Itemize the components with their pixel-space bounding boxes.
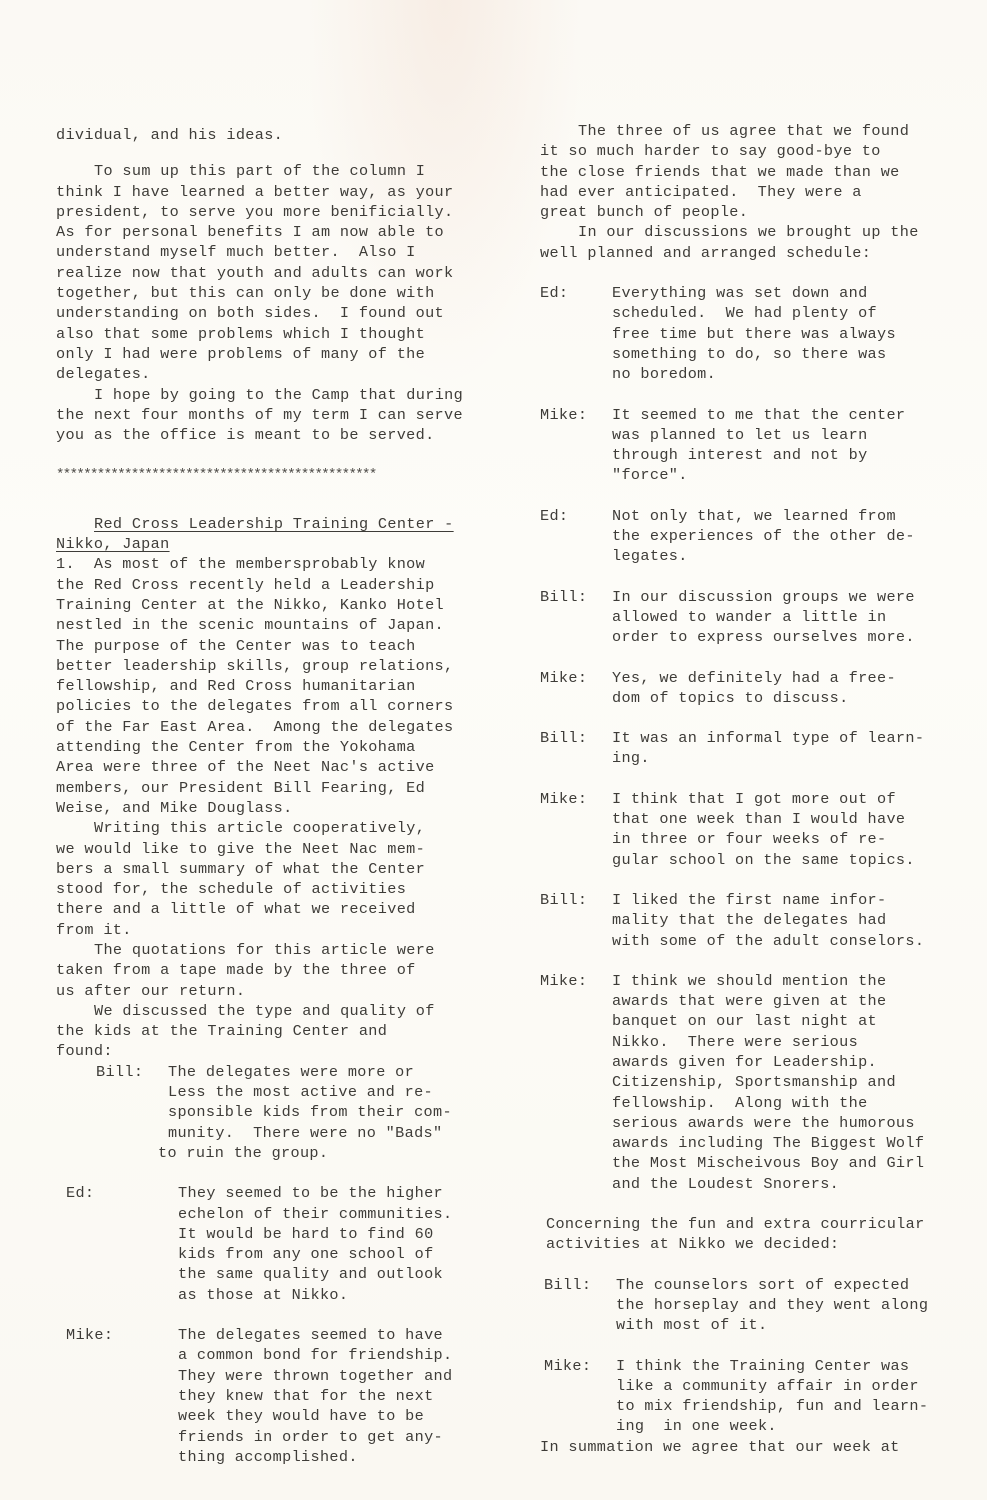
dialogue-entry: Bill:I liked the first name infor-mality… — [540, 890, 960, 951]
text-line: Yes, we definitely had a free- — [612, 668, 960, 688]
text-line: it so much harder to say good-bye to — [540, 141, 960, 161]
article-paragraph-1: 1. As most of the membersprobably knowth… — [56, 554, 496, 818]
text-line: with some of the adult conselors. — [612, 931, 960, 951]
text-line: a common bond for friendship. — [178, 1345, 496, 1365]
text-line: In our discussions we brought up the — [540, 222, 960, 242]
article-title: Red Cross Leadership Training Center - — [56, 514, 496, 534]
text-line: understanding on both sides. I found out — [56, 303, 496, 323]
text-line: to ruin the group. — [158, 1143, 496, 1163]
speaker-label: Ed: — [66, 1183, 178, 1305]
text-line: friends in order to get any- — [178, 1427, 496, 1447]
speaker-label: Bill: — [540, 587, 612, 648]
text-line: Writing this article cooperatively, — [56, 818, 496, 838]
text-line: They seemed to be the higher — [178, 1183, 496, 1203]
text-line: Training Center at the Nikko, Kanko Hote… — [56, 595, 496, 615]
hope-paragraph: I hope by going to the Camp that duringt… — [56, 385, 496, 446]
text-line: Nikko. There were serious — [612, 1032, 960, 1052]
dialogue-entry: Bill:The counselors sort of expectedthe … — [540, 1275, 960, 1336]
text-line: found: — [56, 1041, 496, 1061]
text-line: Concerning the fun and extra courricular — [546, 1214, 960, 1234]
text-line: no boredom. — [612, 364, 960, 384]
text-line: together, but this can only be done with — [56, 283, 496, 303]
speaker-label: Mike: — [540, 971, 612, 1194]
text-line: and the Loudest Snorers. — [612, 1174, 960, 1194]
text-line: Everything was set down and — [612, 283, 960, 303]
text-line: activities at Nikko we decided: — [546, 1234, 960, 1254]
text-line: of the Far East Area. Among the delegate… — [56, 717, 496, 737]
text-line: to mix friendship, fun and learn- — [616, 1396, 960, 1416]
dialogue-entry: Mike:Yes, we definitely had a free-dom o… — [540, 668, 960, 709]
speaker-label: Mike: — [540, 789, 612, 870]
left-column: dividual, and his ideas. To sum up this … — [56, 125, 496, 1467]
text-line: bers a small summary of what the Center — [56, 859, 496, 879]
text-line: you as the office is meant to be served. — [56, 425, 496, 445]
text-line: Citizenship, Sportsmanship and — [612, 1072, 960, 1092]
text-line: As for personal benefits I am now able t… — [56, 222, 496, 242]
text-line: the Most Mischeivous Boy and Girl — [612, 1153, 960, 1173]
closing-fragment: In summation we agree that our week at — [540, 1437, 960, 1457]
article-paragraph-4: We discussed the type and quality ofthe … — [56, 1001, 496, 1062]
text-line: think I have learned a better way, as yo… — [56, 182, 496, 202]
text-line: with most of it. — [616, 1315, 960, 1335]
dialogue-entry: Mike:I think we should mention theawards… — [540, 971, 960, 1194]
text-line: through interest and not by — [612, 445, 960, 465]
text-line: Less the most active and re- — [168, 1082, 496, 1102]
text-line: awards including The Biggest Wolf — [612, 1133, 960, 1153]
text-line: taken from a tape made by the three of — [56, 960, 496, 980]
text-line: banquet on our last night at — [612, 1011, 960, 1031]
speaker-quote: I think we should mention theawards that… — [612, 971, 960, 1194]
article-paragraph-3: The quotations for this article weretake… — [56, 940, 496, 1001]
text-line: The purpose of the Center was to teach — [56, 636, 496, 656]
text-line: It was an informal type of learn- — [612, 728, 960, 748]
fun-intro: Concerning the fun and extra courricular… — [540, 1214, 960, 1255]
text-line: allowed to wander a little in — [612, 607, 960, 627]
text-line: also that some problems which I thought — [56, 324, 496, 344]
text-line: in three or four weeks of re- — [612, 829, 960, 849]
text-line: something to do, so there was — [612, 344, 960, 364]
text-line: nestled in the scenic mountains of Japan… — [56, 615, 496, 635]
text-line: we would like to give the Neet Nac mem- — [56, 839, 496, 859]
text-line: scheduled. We had plenty of — [612, 303, 960, 323]
text-line: The delegates were more or — [168, 1062, 496, 1082]
text-line: policies to the delegates from all corne… — [56, 696, 496, 716]
speaker-label: Ed: — [540, 506, 612, 567]
speaker-quote: The delegates seemed to havea common bon… — [178, 1325, 496, 1467]
dialogue-entry: Bill:It was an informal type of learn-in… — [540, 728, 960, 769]
text-line: To sum up this part of the column I — [56, 161, 496, 181]
text-line: The quotations for this article were — [56, 940, 496, 960]
text-line: the horseplay and they went along — [616, 1295, 960, 1315]
text-line: 1. As most of the membersprobably know — [56, 554, 496, 574]
text-line: they knew that for the next — [178, 1386, 496, 1406]
text-line: It seemed to me that the center — [612, 405, 960, 425]
text-line: us after our return. — [56, 981, 496, 1001]
text-line: well planned and arranged schedule: — [540, 243, 960, 263]
left-dialogue: Bill:The delegates were more orLess the … — [56, 1062, 496, 1467]
speaker-quote: The counselors sort of expectedthe horse… — [616, 1275, 960, 1336]
speaker-label: Bill: — [540, 890, 612, 951]
goodbye-paragraph: The three of us agree that we foundit so… — [540, 121, 960, 222]
dialogue-entry: Mike:I think that I got more out ofthat … — [540, 789, 960, 870]
text-line: president, to serve you more benificiall… — [56, 202, 496, 222]
dialogue-entry: Bill:In our discussion groups we wereall… — [540, 587, 960, 648]
speaker-quote: In our discussion groups we wereallowed … — [612, 587, 960, 648]
text-line: I think that I got more out of — [612, 789, 960, 809]
text-line: better leadership skills, group relation… — [56, 656, 496, 676]
scanned-typewritten-page: dividual, and his ideas. To sum up this … — [0, 0, 987, 1500]
dialogue-entry: Mike:The delegates seemed to havea commo… — [56, 1325, 496, 1467]
text-line: members, our President Bill Fearing, Ed — [56, 778, 496, 798]
text-line: munity. There were no "Bads" — [168, 1123, 496, 1143]
text-line: attending the Center from the Yokohama — [56, 737, 496, 757]
dialogue-entry: Mike:It seemed to me that the centerwas … — [540, 405, 960, 486]
text-line: stood for, the schedule of activities — [56, 879, 496, 899]
speaker-quote: It seemed to me that the centerwas plann… — [612, 405, 960, 486]
speaker-quote: I think that I got more out ofthat one w… — [612, 789, 960, 870]
dialogue-entry: Mike:I think the Training Center waslike… — [540, 1356, 960, 1437]
text-line: had ever anticipated. They were a — [540, 182, 960, 202]
speaker-label: Bill: — [540, 728, 612, 769]
text-line: the kids at the Training Center and — [56, 1021, 496, 1041]
text-line: the Red Cross recently held a Leadership — [56, 575, 496, 595]
text-line: Weise, and Mike Douglass. — [56, 798, 496, 818]
text-line: the same quality and outlook — [178, 1264, 496, 1284]
dialogue-entry: Ed:Not only that, we learned fromthe exp… — [540, 506, 960, 567]
speaker-label: Mike: — [66, 1325, 178, 1467]
text-line: echelon of their communities. — [178, 1204, 496, 1224]
text-line: sponsible kids from their com- — [168, 1102, 496, 1122]
text-line: week they would have to be — [178, 1406, 496, 1426]
text-line: kids from any one school of — [178, 1244, 496, 1264]
speaker-quote: I liked the first name infor-mality that… — [612, 890, 960, 951]
speaker-quote: The delegates were more orLess the most … — [168, 1062, 496, 1163]
text-line: free time but there was always — [612, 324, 960, 344]
text-line: "force". — [612, 465, 960, 485]
speaker-label: Mike: — [540, 405, 612, 486]
article-paragraph-2: Writing this article cooperatively,we wo… — [56, 818, 496, 940]
text-line: I think we should mention the — [612, 971, 960, 991]
text-line: legates. — [612, 546, 960, 566]
text-line: delegates. — [56, 364, 496, 384]
text-line: In our discussion groups we were — [612, 587, 960, 607]
text-line: ing in one week. — [616, 1416, 960, 1436]
speaker-label: Mike: — [544, 1356, 616, 1437]
speaker-label: Mike: — [540, 668, 612, 709]
text-line: dom of topics to discuss. — [612, 688, 960, 708]
speaker-quote: Not only that, we learned fromthe experi… — [612, 506, 960, 567]
text-line: great bunch of people. — [540, 202, 960, 222]
text-line: The counselors sort of expected — [616, 1275, 960, 1295]
text-line: We discussed the type and quality of — [56, 1001, 496, 1021]
text-line: gular school on the same topics. — [612, 850, 960, 870]
text-line: It would be hard to find 60 — [178, 1224, 496, 1244]
schedule-intro: In our discussions we brought up thewell… — [540, 222, 960, 263]
text-line: the experiences of the other de- — [612, 526, 960, 546]
text-line: awards that were given at the — [612, 991, 960, 1011]
text-line: like a community affair in order — [616, 1376, 960, 1396]
article-title-location: Nikko, Japan — [56, 534, 496, 554]
dialogue-entry: Ed:They seemed to be the higherechelon o… — [56, 1183, 496, 1305]
fun-dialogue: Bill:The counselors sort of expectedthe … — [540, 1255, 960, 1437]
speaker-quote: It was an informal type of learn-ing. — [612, 728, 960, 769]
text-line: serious awards were the humorous — [612, 1113, 960, 1133]
text-line: realize now that youth and adults can wo… — [56, 263, 496, 283]
dialogue-entry: Ed:Everything was set down andscheduled.… — [540, 283, 960, 384]
right-column: The three of us agree that we foundit so… — [540, 121, 960, 1457]
schedule-dialogue: Ed:Everything was set down andscheduled.… — [540, 263, 960, 1194]
text-line: order to express ourselves more. — [612, 627, 960, 647]
text-line: that one week than I would have — [612, 809, 960, 829]
text-line: fellowship, and Red Cross humanitarian — [56, 676, 496, 696]
text-line: thing accomplished. — [178, 1447, 496, 1467]
text-line: They were thrown together and — [178, 1366, 496, 1386]
text-line: as those at Nikko. — [178, 1285, 496, 1305]
intro-fragment: dividual, and his ideas. — [56, 125, 496, 145]
text-line: The delegates seemed to have — [178, 1325, 496, 1345]
text-line: I hope by going to the Camp that during — [56, 385, 496, 405]
text-line: Area were three of the Neet Nac's active — [56, 757, 496, 777]
speaker-quote: They seemed to be the higherechelon of t… — [178, 1183, 496, 1305]
text-line: fellowship. Along with the — [612, 1093, 960, 1113]
speaker-label: Bill: — [544, 1275, 616, 1336]
speaker-quote: Yes, we definitely had a free-dom of top… — [612, 668, 960, 709]
text-line: understand myself much better. Also I — [56, 242, 496, 262]
text-line: awards given for Leadership. — [612, 1052, 960, 1072]
summary-paragraph: To sum up this part of the column Ithink… — [56, 161, 496, 384]
text-line: the close friends that we made than we — [540, 162, 960, 182]
text-line: mality that the delegates had — [612, 910, 960, 930]
separator-asterisks: ****************************************… — [56, 465, 496, 485]
text-line: ing. — [612, 748, 960, 768]
text-line: was planned to let us learn — [612, 425, 960, 445]
text-line: The three of us agree that we found — [540, 121, 960, 141]
text-line: I liked the first name infor- — [612, 890, 960, 910]
text-line: there and a little of what we received — [56, 899, 496, 919]
speaker-label: Ed: — [540, 283, 612, 384]
text-line: only I had were problems of many of the — [56, 344, 496, 364]
text-line: from it. — [56, 920, 496, 940]
text-line: the next four months of my term I can se… — [56, 405, 496, 425]
speaker-quote: I think the Training Center waslike a co… — [616, 1356, 960, 1437]
text-line: I think the Training Center was — [616, 1356, 960, 1376]
speaker-quote: Everything was set down andscheduled. We… — [612, 283, 960, 384]
text-line: Not only that, we learned from — [612, 506, 960, 526]
dialogue-entry: Bill:The delegates were more orLess the … — [56, 1062, 496, 1163]
